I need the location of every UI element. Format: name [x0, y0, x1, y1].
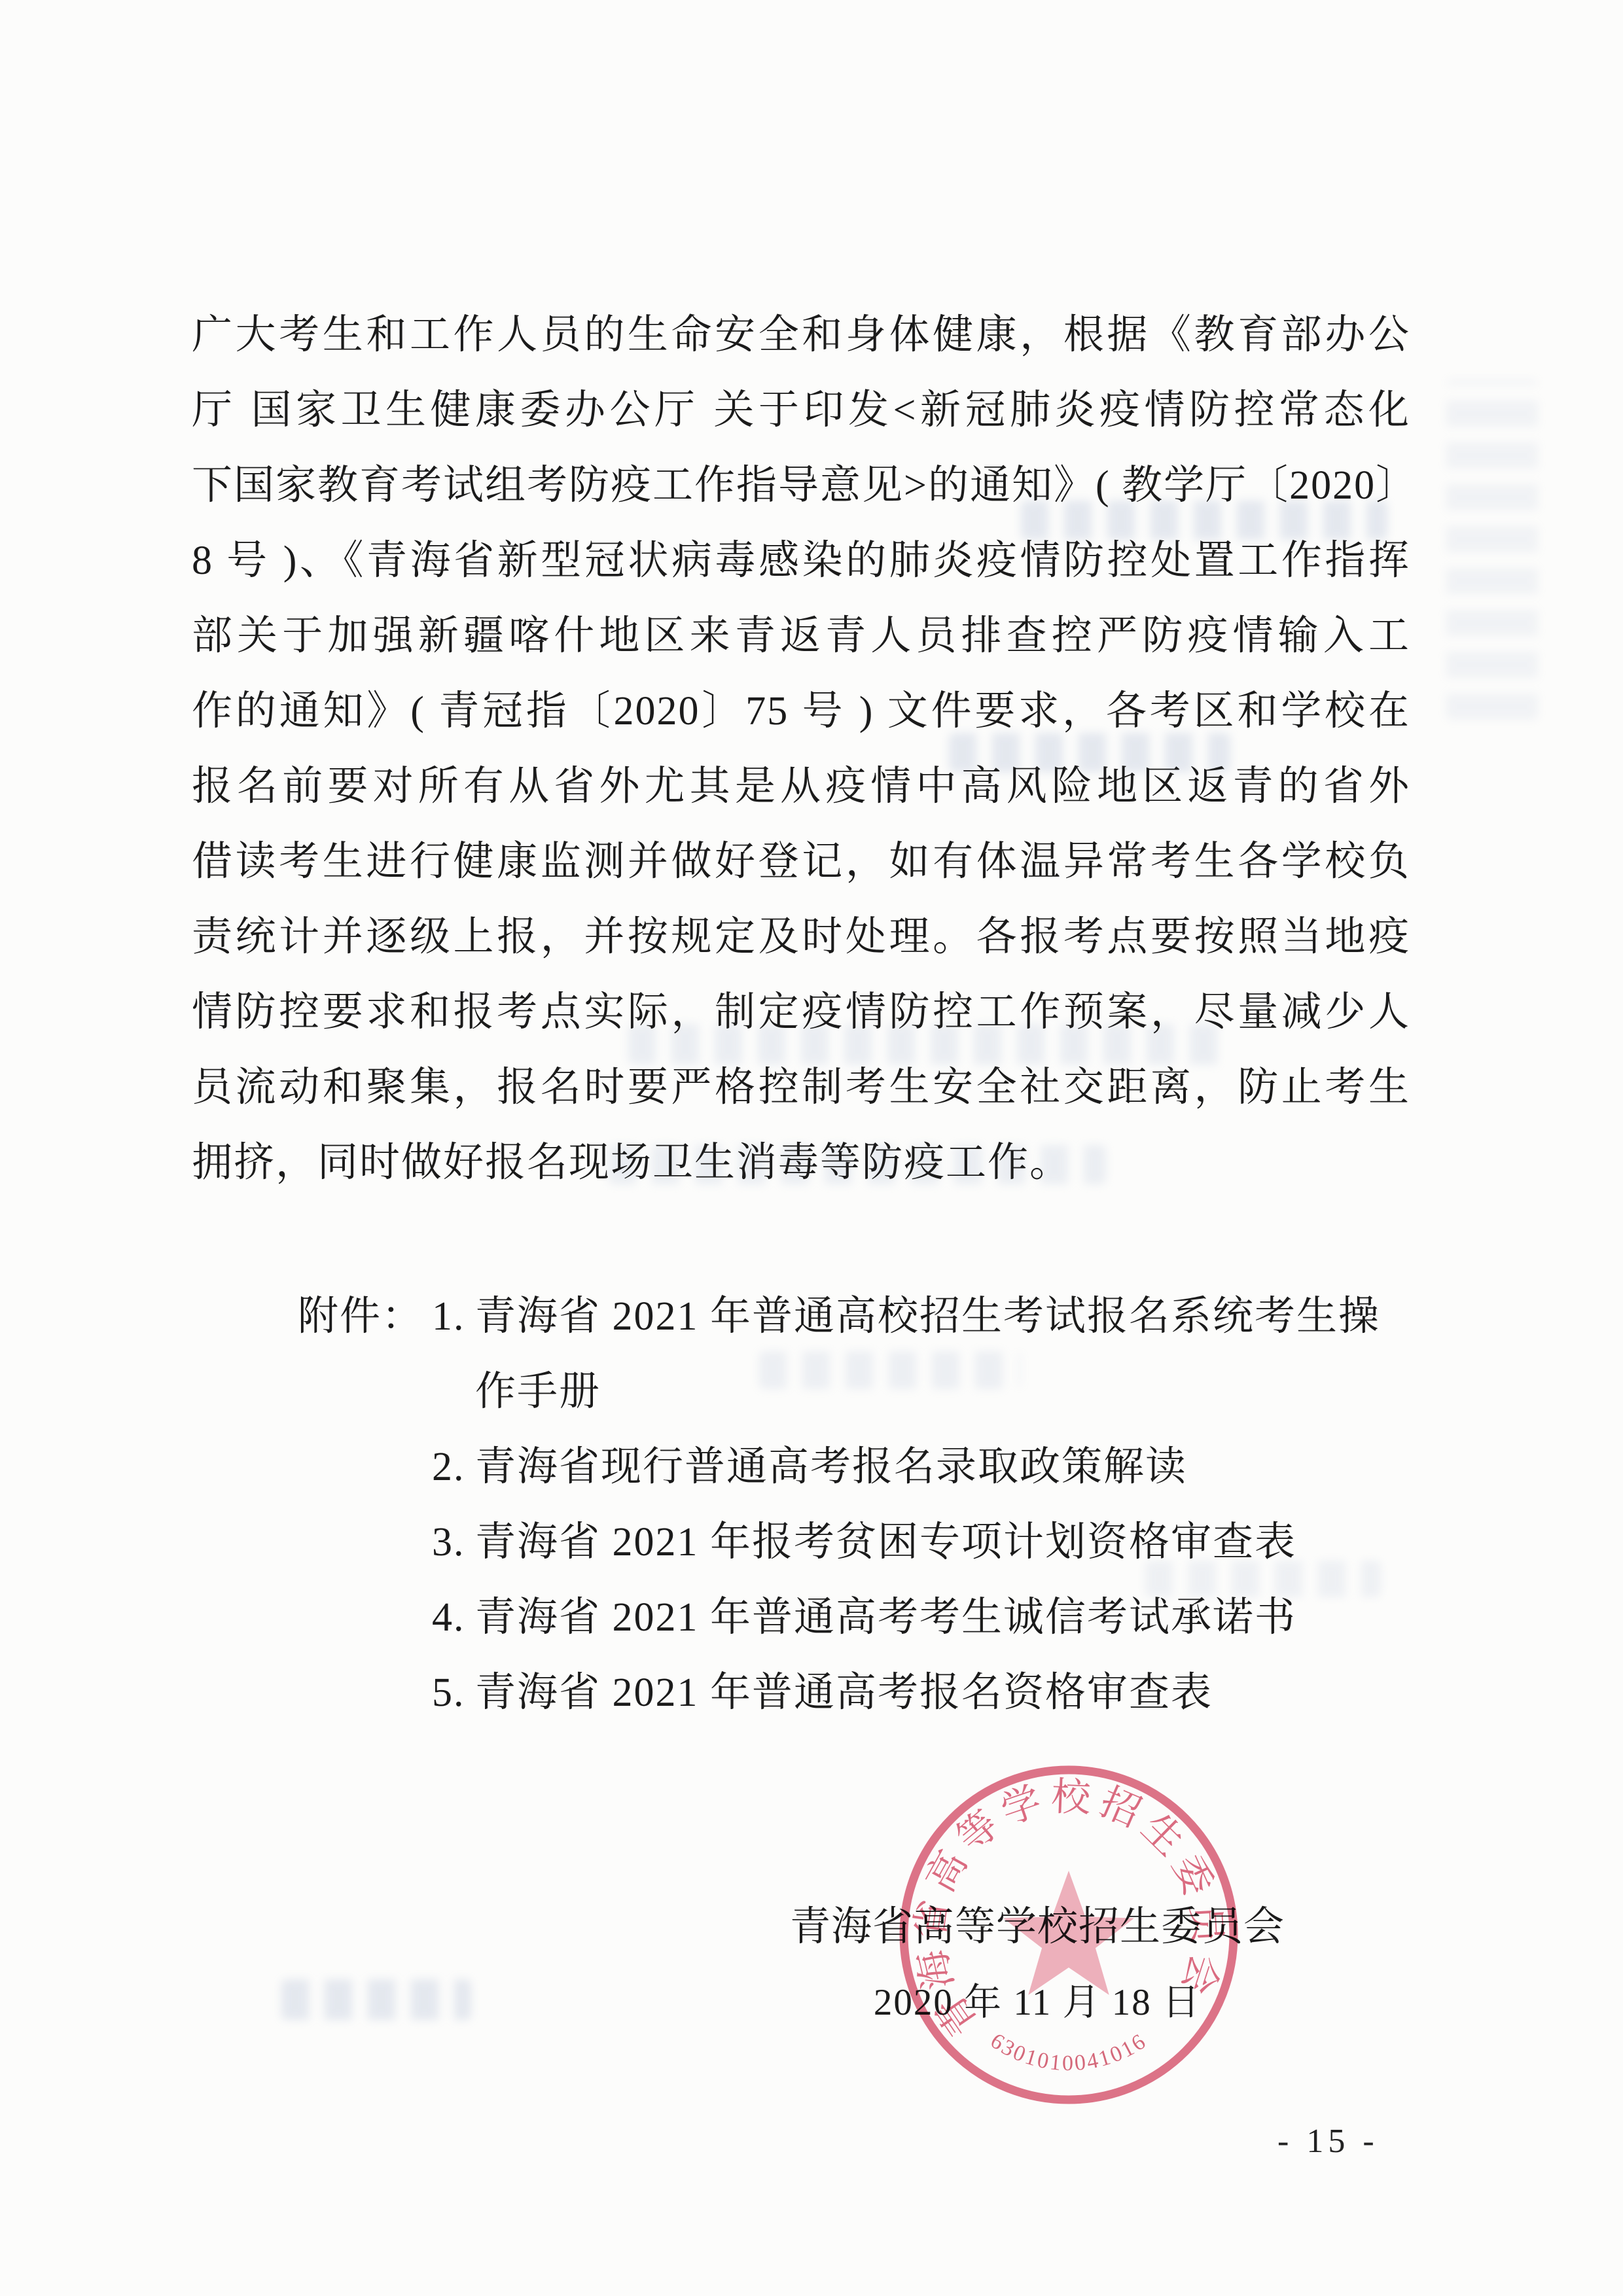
document-page: 广大考生和工作人员的生命安全和身体健康，根据《教育部办公 厅 国家卫生健康委办公…	[0, 0, 1623, 2296]
page-number: - 15 -	[1277, 2119, 1379, 2164]
attachment-item-text: 青海省 2021 年报考贫困专项计划资格审查表	[475, 1505, 1463, 1580]
body-text-line: 作的通知》( 青冠指〔2020〕75 号 ) 文件要求，各考区和学校在	[192, 674, 1410, 749]
attachment-item-text: 青海省现行普通高考报名录取政策解读	[475, 1430, 1463, 1505]
attachment-row: 2. 青海省现行普通高考报名录取政策解读	[432, 1430, 1463, 1505]
body-text-line: 厅 国家卫生健康委办公厅 关于印发<新冠肺炎疫情防控常态化	[192, 373, 1410, 448]
body-text-line: 借读考生进行健康监测并做好登记，如有体温异常考生各学校负	[192, 824, 1410, 900]
body-text-line: 责统计并逐级上报，并按规定及时处理。各报考点要按照当地疫	[192, 900, 1410, 975]
attachment-item-number: 3.	[432, 1505, 475, 1580]
body-text-line: 下国家教育考试组考防疫工作指导意见>的通知》( 教学厅〔2020〕	[192, 448, 1410, 523]
body-text-line: 报名前要对所有从省外尤其是从疫情中高风险地区返青的省外	[192, 749, 1410, 824]
attachment-item-number: 1.	[432, 1279, 475, 1354]
bleedthrough-artifact	[281, 1979, 471, 2020]
attachment-item-number: 4.	[432, 1580, 475, 1655]
attachment-label: 附件：	[298, 1279, 432, 1354]
attachment-row: 附件： 1. 青海省 2021 年普通高校招生考试报名系统考生操	[298, 1279, 1463, 1354]
attachment-item-text: 作手册	[475, 1354, 1463, 1430]
attachment-row: 4. 青海省 2021 年普通高考考生诚信考试承诺书	[432, 1580, 1463, 1655]
official-seal: 青海省高等学校招生委员会 6301010041016	[885, 1752, 1252, 2118]
attachment-item-number: 2.	[432, 1430, 475, 1505]
seal-serial-number: 6301010041016	[986, 2028, 1151, 2075]
body-text-line: 拥挤，同时做好报名现场卫生消毒等防疫工作。	[192, 1125, 1410, 1201]
attachment-list: 附件： 1. 青海省 2021 年普通高校招生考试报名系统考生操 作手册 2. …	[298, 1279, 1463, 1731]
body-text-line: 情防控要求和报考点实际，制定疫情防控工作预案，尽量减少人	[192, 975, 1410, 1050]
attachment-row-continuation: 作手册	[475, 1354, 1463, 1430]
attachment-item-text: 青海省 2021 年普通高考报名资格审查表	[475, 1655, 1463, 1731]
body-text-line: 员流动和聚集，报名时要严格控制考生安全社交距离，防止考生	[192, 1050, 1410, 1125]
attachment-row: 3. 青海省 2021 年报考贫困专项计划资格审查表	[432, 1505, 1463, 1580]
attachment-item-text: 青海省 2021 年普通高校招生考试报名系统考生操	[475, 1279, 1463, 1354]
body-text-line: 部关于加强新疆喀什地区来青返青人员排查控严防疫情输入工	[192, 599, 1410, 674]
body-paragraph: 广大考生和工作人员的生命安全和身体健康，根据《教育部办公 厅 国家卫生健康委办公…	[192, 298, 1410, 1201]
bleedthrough-artifact	[1446, 380, 1538, 720]
body-text-line: 广大考生和工作人员的生命安全和身体健康，根据《教育部办公	[192, 298, 1410, 373]
attachment-row: 5. 青海省 2021 年普通高考报名资格审查表	[432, 1655, 1463, 1731]
body-text-line: 8 号 )、《青海省新型冠状病毒感染的肺炎疫情防控处置工作指挥	[192, 523, 1410, 599]
attachment-item-number: 5.	[432, 1655, 475, 1731]
attachment-item-text: 青海省 2021 年普通高考考生诚信考试承诺书	[475, 1580, 1463, 1655]
seal-serial-wrap: 6301010041016	[986, 2028, 1151, 2075]
seal-star-icon	[1003, 1871, 1134, 1995]
